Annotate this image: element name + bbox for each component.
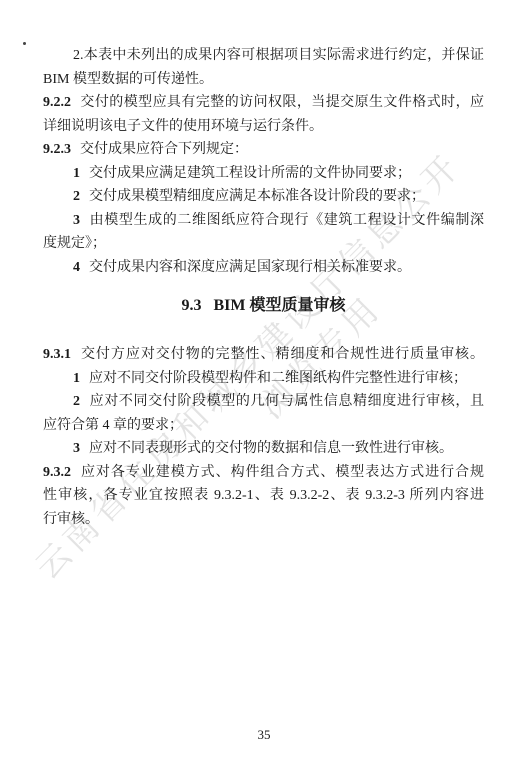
stray-mark [23,42,26,45]
item-number: 1 [73,371,80,386]
paragraph-line: 2.本表中未列出的成果内容可根据项目实际需求进行约定，并保证 [43,44,484,68]
list-item: 2应对不同交付阶段模型的几何与属性信息精细度进行审核，且 [43,390,484,414]
paragraph-line: 应符合第 4 章的要求； [43,414,484,438]
line-text: 交付成果内容和深度应满足国家现行相关标准要求。 [89,260,411,275]
line-text: 应对不同交付阶段模型构件和二维图纸构件完整性进行审核； [89,371,467,386]
list-item: 1交付成果应满足建筑工程设计所需的文件协同要求； [43,162,484,186]
line-text: 应对不同交付阶段模型的几何与属性信息精细度进行审核，且 [89,394,484,409]
list-item: 1应对不同交付阶段模型构件和二维图纸构件完整性进行审核； [43,367,484,391]
paragraph-line: 9.2.3交付成果应符合下列规定： [43,138,484,162]
document-body: 2.本表中未列出的成果内容可根据项目实际需求进行约定，并保证 BIM 模型数据的… [43,44,484,531]
item-number: 2 [73,394,80,409]
section-number: 9.2.2 [43,95,71,110]
section-number: 9.3.2 [43,465,71,480]
list-item: 3由模型生成的二维图纸应符合现行《建筑工程设计文件编制深 [43,209,484,233]
paragraph-line: 详细说明该电子文件的使用环境与运行条件。 [43,115,484,139]
item-number: 1 [73,166,80,181]
item-number: 4 [73,260,80,275]
list-item: 2交付成果模型精细度应满足本标准各设计阶段的要求； [43,185,484,209]
paragraph-line: 9.3.2应对各专业建模方式、构件组合方式、模型表达方式进行合规 [43,461,484,485]
paragraph-line: 行审核。 [43,508,484,532]
heading-number: 9.3 [181,297,201,314]
line-text: 度规定》； [43,236,106,251]
line-text: 详细说明该电子文件的使用环境与运行条件。 [43,119,323,134]
paragraph-line: 度规定》； [43,232,484,256]
paragraph-line: 9.2.2交付的模型应具有完整的访问权限，当提交原生文件格式时，应 [43,91,484,115]
line-text: 应符合第 4 章的要求； [43,418,183,433]
line-text: 性审核，各专业宜按照表 9.3.2-1、表 9.3.2-2、表 9.3.2-3 … [43,488,484,503]
heading-title: BIM 模型质量审核 [213,297,345,314]
line-text: 行审核。 [43,512,99,527]
item-number: 3 [73,441,80,456]
line-text: 交付成果应满足建筑工程设计所需的文件协同要求； [89,166,411,181]
line-text: 由模型生成的二维图纸应符合现行《建筑工程设计文件编制深 [89,213,484,228]
line-text: 交付成果应符合下列规定： [80,142,248,157]
section-number: 9.3.1 [43,347,71,362]
document-page: 云南省住房和城乡建设厅信息公开 浏览专用 2.本表中未列出的成果内容可根据项目实… [0,0,528,767]
line-text: 2.本表中未列出的成果内容可根据项目实际需求进行约定，并保证 [73,48,484,63]
section-number: 9.2.3 [43,142,71,157]
item-number: 2 [73,189,80,204]
section-heading: 9.3BIM 模型质量审核 [43,293,484,319]
line-text: 交付的模型应具有完整的访问权限，当提交原生文件格式时，应 [80,95,484,110]
paragraph-line: 性审核，各专业宜按照表 9.3.2-1、表 9.3.2-2、表 9.3.2-3 … [43,484,484,508]
line-text: 应对各专业建模方式、构件组合方式、模型表达方式进行合规 [80,465,484,480]
line-text: 交付方应对交付物的完整性、精细度和合规性进行质量审核。 [80,347,484,362]
page-number: 35 [0,727,528,743]
line-text: 交付成果模型精细度应满足本标准各设计阶段的要求； [89,189,425,204]
paragraph-line: 9.3.1交付方应对交付物的完整性、精细度和合规性进行质量审核。 [43,343,484,367]
item-number: 3 [73,213,80,228]
line-text: BIM 模型数据的可传递性。 [43,72,213,87]
list-item: 4交付成果内容和深度应满足国家现行相关标准要求。 [43,256,484,280]
line-text: 应对不同表现形式的交付物的数据和信息一致性进行审核。 [89,441,453,456]
list-item: 3应对不同表现形式的交付物的数据和信息一致性进行审核。 [43,437,484,461]
paragraph-line: BIM 模型数据的可传递性。 [43,68,484,92]
